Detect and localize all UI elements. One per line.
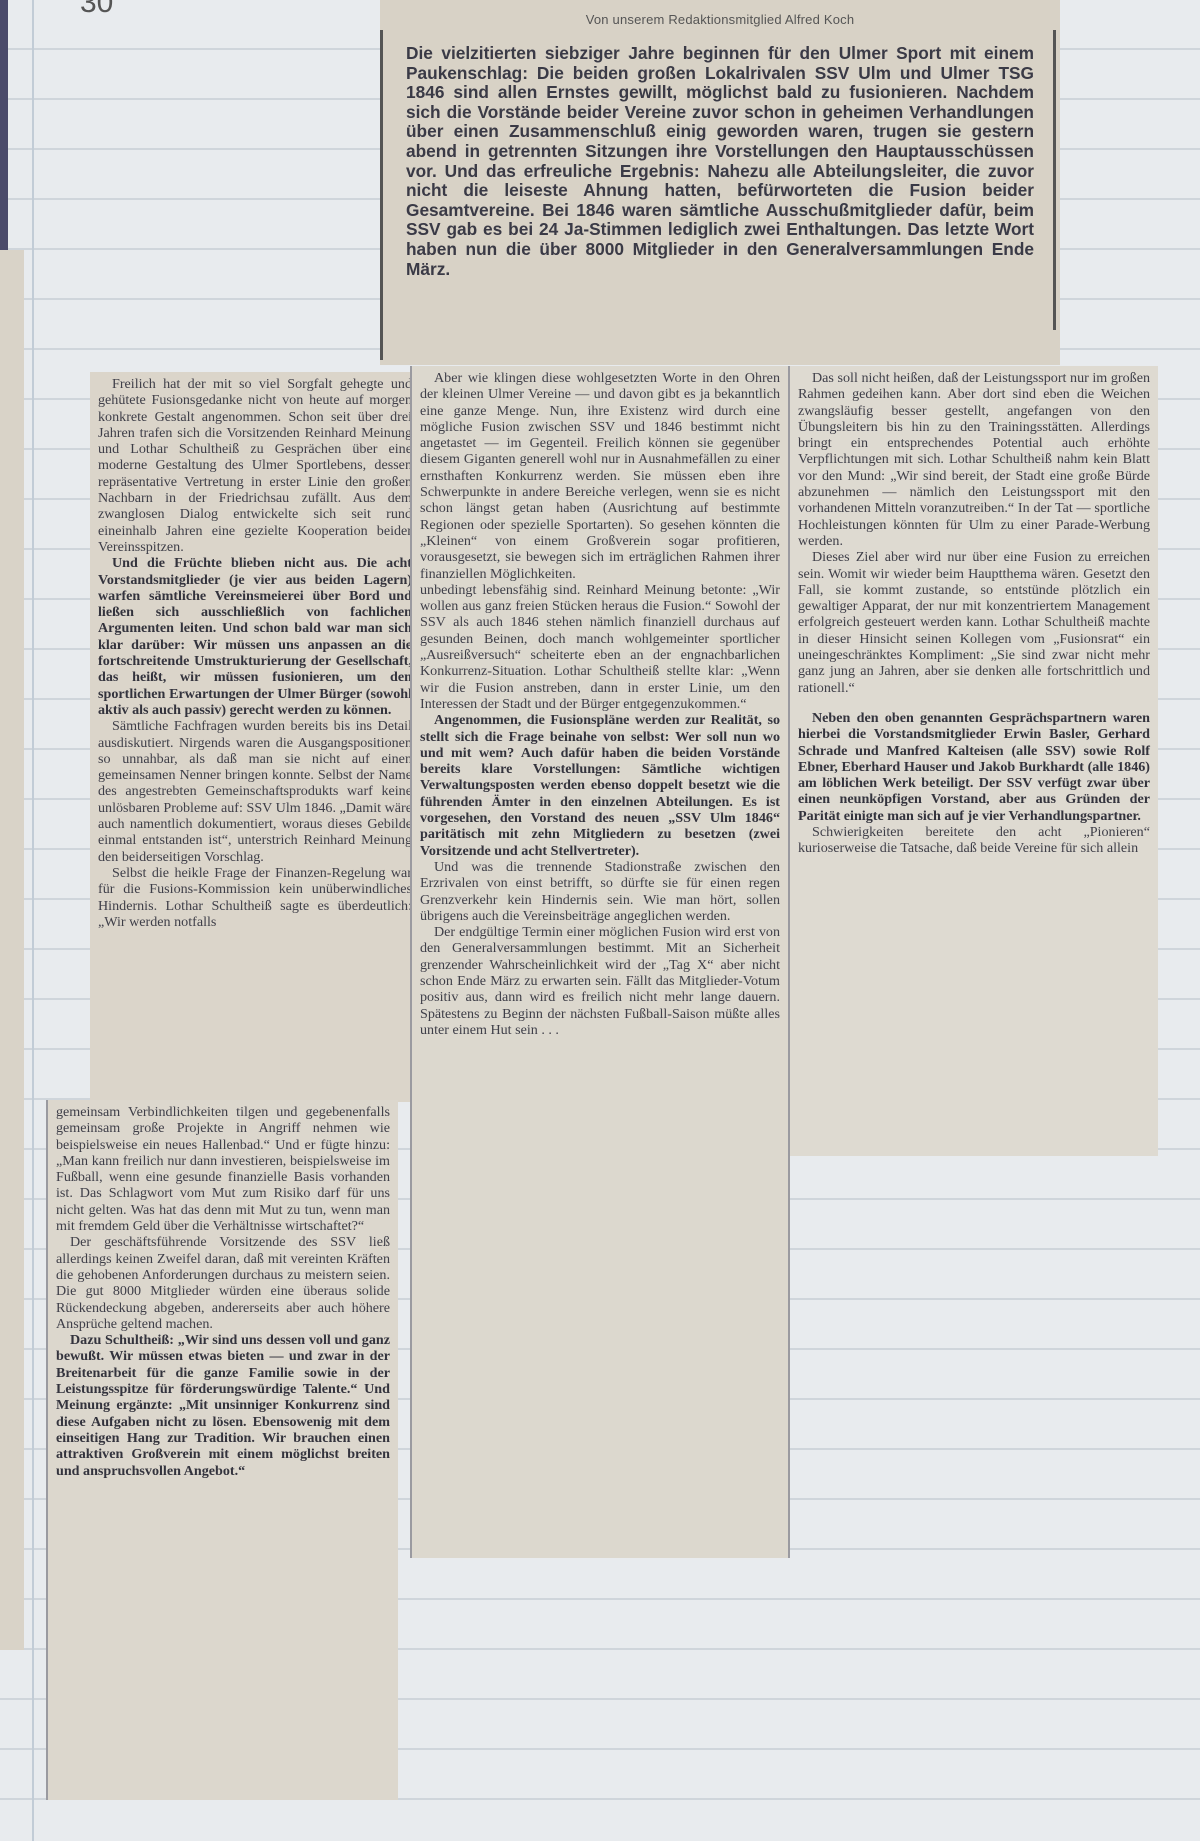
article-paragraph: Der geschäftsführende Vorsitzende des SS… — [56, 1234, 390, 1332]
article-paragraph: Angenommen, die Fusionspläne werden zur … — [420, 712, 780, 859]
article-paragraph: Das soll nicht heißen, daß der Leistungs… — [798, 370, 1150, 549]
column-1-top: Freilich hat der mit so viel Sorgfalt ge… — [90, 372, 420, 1102]
page-number: 30 — [80, 0, 113, 20]
byline: Von unserem Redaktionsmitglied Alfred Ko… — [380, 12, 1060, 27]
article-paragraph: Aber wie klingen diese wohlgesetzten Wor… — [420, 370, 780, 582]
article-paragraph: Neben den oben genannten Gesprächspartne… — [798, 710, 1150, 824]
article-paragraph: Sämtliche Fachfragen wurden bereits bis … — [98, 718, 412, 865]
article-paragraph: Freilich hat der mit so viel Sorgfalt ge… — [98, 376, 412, 555]
article-paragraph: Und was die trennende Stadionstraße zwis… — [420, 859, 780, 924]
notebook-page: 30 Von unserem Redaktionsmitglied Alfred… — [0, 0, 1200, 1841]
lead-rule-right — [1053, 30, 1056, 330]
lead-clipping: Von unserem Redaktionsmitglied Alfred Ko… — [380, 0, 1060, 365]
margin-line — [32, 0, 34, 1841]
notebook-spine — [0, 0, 8, 250]
paragraph-gap — [798, 696, 1150, 710]
column-3: Das soll nicht heißen, daß der Leistungs… — [788, 366, 1158, 1156]
article-paragraph: Dieses Ziel aber wird nur über eine Fusi… — [798, 549, 1150, 696]
adjacent-page-edge — [0, 250, 24, 1650]
article-paragraph: Schwierigkeiten bereitete den acht „Pion… — [798, 824, 1150, 857]
column-2: Aber wie klingen diese wohlgesetzten Wor… — [410, 366, 790, 1558]
lead-rule-left — [380, 30, 383, 360]
article-paragraph: unbedingt lebensfähig sind. Reinhard Mei… — [420, 582, 780, 712]
article-paragraph: Der endgültige Termin einer möglichen Fu… — [420, 924, 780, 1038]
article-paragraph: gemeinsam Verbindlichkeiten tilgen und g… — [56, 1104, 390, 1234]
column-1-bottom: gemeinsam Verbindlichkeiten tilgen und g… — [46, 1100, 398, 1800]
article-paragraph: Dazu Schultheiß: „Wir sind uns dessen vo… — [56, 1332, 390, 1479]
lead-paragraph: Die vielzitierten siebziger Jahre beginn… — [406, 44, 1034, 279]
article-paragraph: Und die Früchte blieben nicht aus. Die a… — [98, 555, 412, 718]
article-paragraph: Selbst die heikle Frage der Finanzen-Reg… — [98, 865, 412, 930]
